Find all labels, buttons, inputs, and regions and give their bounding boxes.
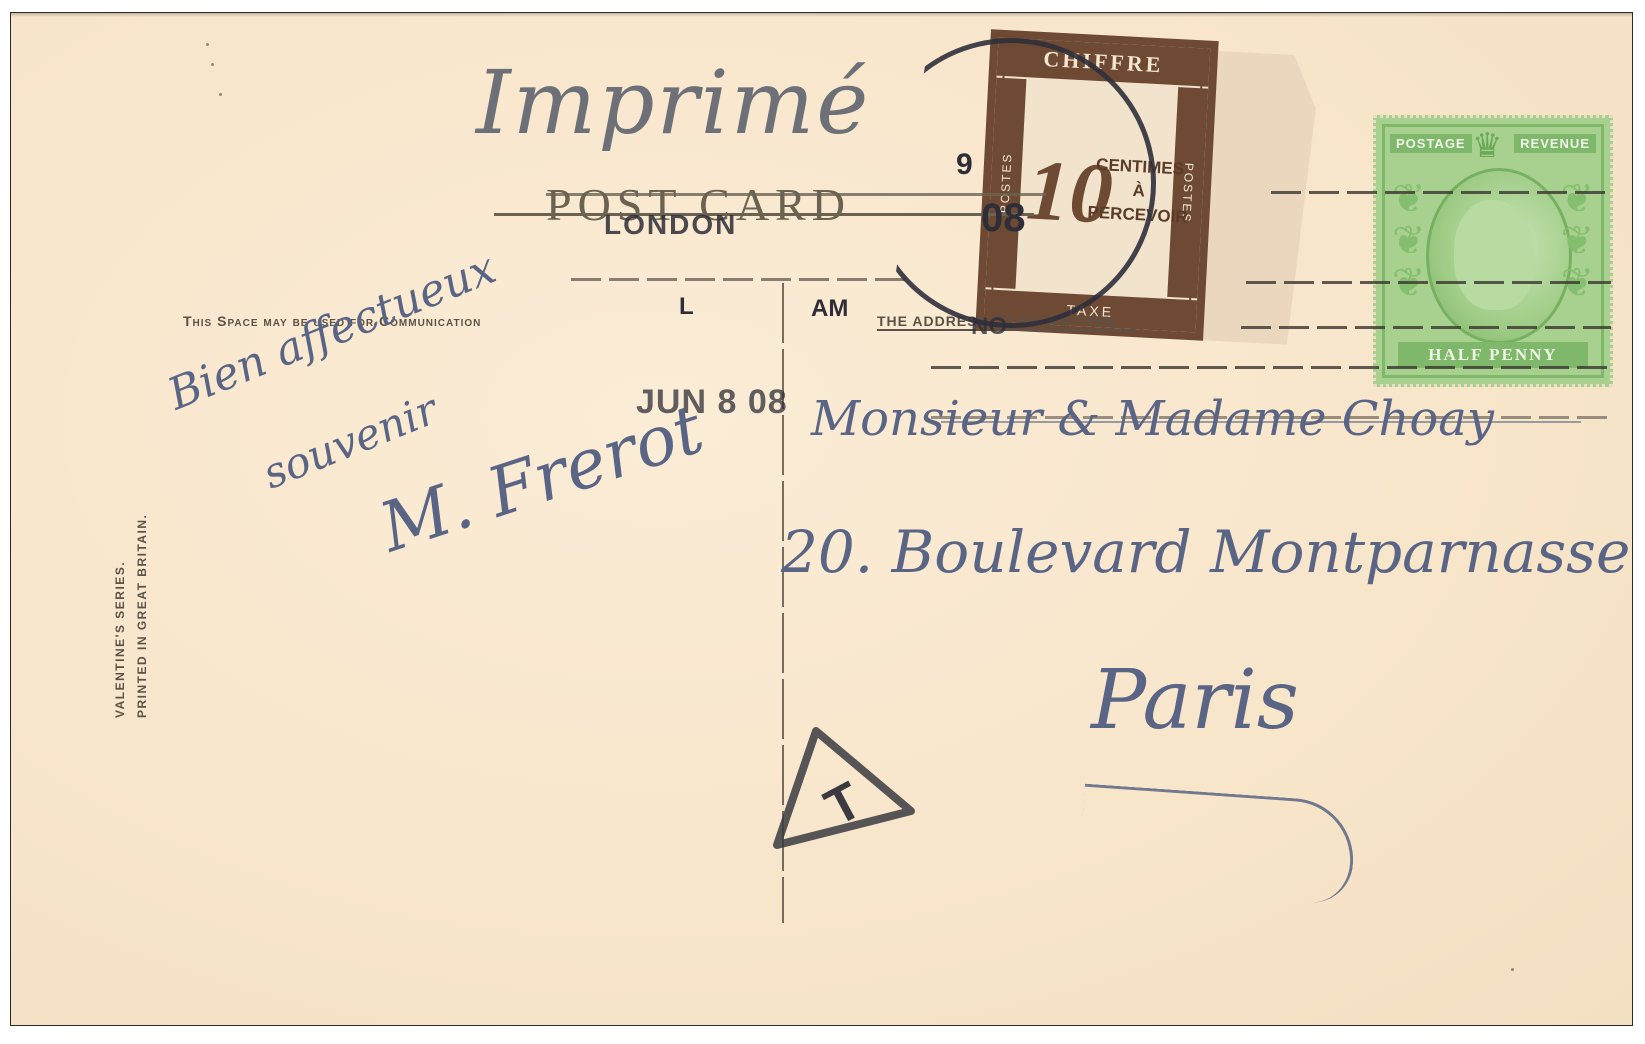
machine-cancel-line xyxy=(571,278,911,281)
paper-speck xyxy=(211,63,214,66)
postmark-marker-right: AM xyxy=(811,295,848,323)
postmark-month: NO xyxy=(971,313,1007,341)
svg-text:T: T xyxy=(816,771,871,837)
card-edge-shadow xyxy=(11,13,1632,17)
postcard: CHIFFRE POSTES POSTES 10 CENTIMES À PERC… xyxy=(10,12,1633,1026)
handwritten-message-line-1: Bien affectueux xyxy=(161,243,503,421)
address-flourish xyxy=(1078,784,1358,906)
tax-triangle-icon: T xyxy=(771,723,921,863)
publisher-line-1: VALENTINE'S SERIES. xyxy=(109,514,131,718)
handwritten-address-city: Paris xyxy=(1091,653,1299,748)
handwritten-address-street: 20. Boulevard Montparnasse xyxy=(781,518,1630,586)
handwritten-imprime: Imprimé xyxy=(476,51,870,154)
machine-cancel-line xyxy=(1241,326,1611,329)
king-head xyxy=(1454,200,1534,310)
paper-speck xyxy=(206,43,209,46)
wreath-right-icon: ❦❦❦ xyxy=(1560,178,1594,304)
postmark-marker-left: L xyxy=(679,293,694,321)
postmark-year: 08 xyxy=(981,196,1026,241)
publisher-line-2: PRINTED IN GREAT BRITAIN. xyxy=(131,514,153,718)
handwritten-address-recipient: Monsieur & Madame Choay xyxy=(811,391,1494,447)
machine-cancel-line xyxy=(931,366,1611,369)
paper-speck xyxy=(219,93,222,96)
british-halfpenny-stamp: ❦❦❦ ❦❦❦ ♛ POSTAGE REVENUE HALF PENNY xyxy=(1373,115,1613,387)
paper-speck xyxy=(1511,968,1514,971)
publisher-imprint: VALENTINE'S SERIES. PRINTED IN GREAT BRI… xyxy=(109,514,153,718)
crown-icon: ♛ xyxy=(1472,126,1502,166)
postmark-day: 9 xyxy=(956,148,973,182)
address-underline xyxy=(941,421,1581,423)
postmark-city: LONDON xyxy=(604,209,737,241)
wreath-left-icon: ❦❦❦ xyxy=(1392,178,1426,304)
stamp-revenue-label: REVENUE xyxy=(1514,134,1596,153)
machine-cancel-line xyxy=(1271,191,1611,194)
stamp-value: HALF PENNY xyxy=(1398,342,1588,368)
machine-cancel-line xyxy=(1246,281,1611,284)
stamp-postage-label: POSTAGE xyxy=(1390,134,1472,153)
